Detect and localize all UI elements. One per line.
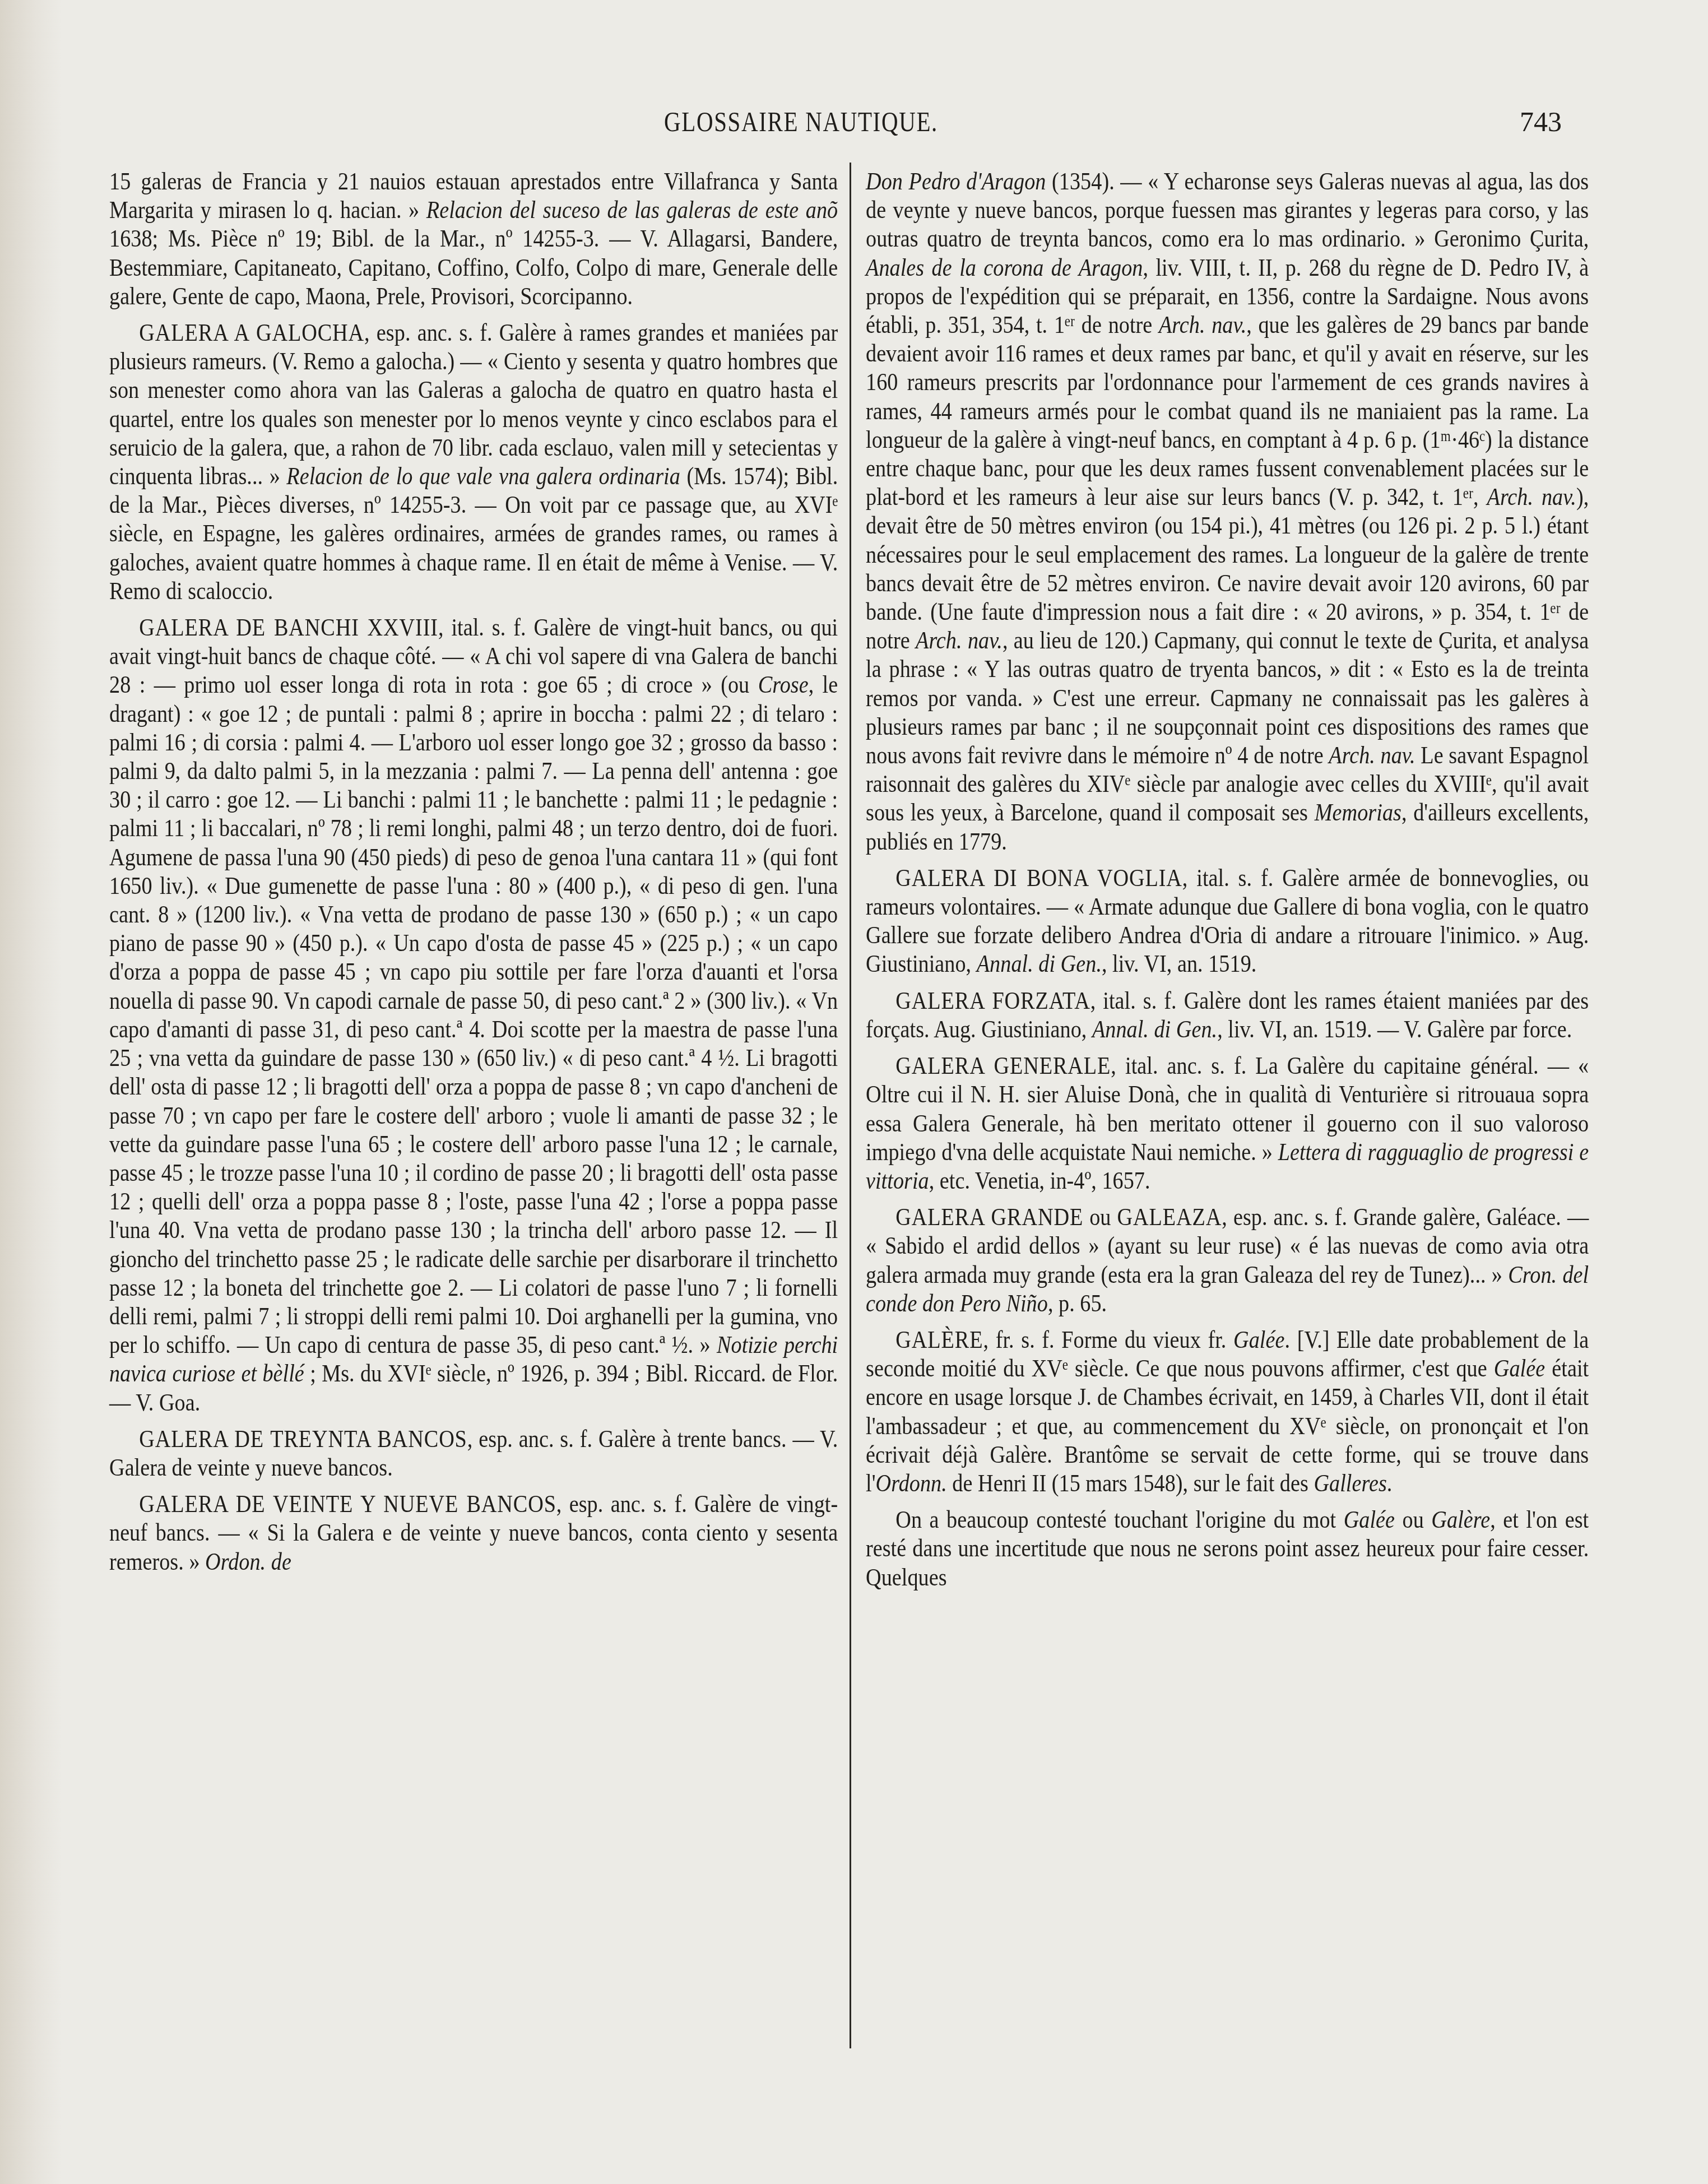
entry-headword: GALERA DE BANCHI XXVIII (139, 613, 438, 641)
glossary-paragraph: On a beaucoup contesté touchant l'origin… (866, 1505, 1589, 1592)
citation-term: Galleres (1314, 1469, 1386, 1497)
entry-headword: GALERA DI BONA VOGLIA (895, 864, 1182, 892)
glossary-paragraph: 15 galeras de Francia y 21 nauios estaua… (109, 167, 838, 310)
citation-title: Relacion del suceso de las galeras de es… (426, 196, 838, 224)
entry-grammar: , esp. anc. s. f. (467, 1425, 592, 1453)
citation-title: Anales de la corona de Aragon (866, 253, 1143, 281)
citation-title: Arch. nav. (916, 626, 1002, 654)
citation-term: Galée (1494, 1354, 1545, 1382)
entry-headword: GALERA DE VEINTE Y NUEVE BANCOS (139, 1490, 556, 1518)
glossary-entry: GALERA DE BANCHI XXVIII, ital. s. f. Gal… (109, 613, 838, 1417)
glossary-entry: GALERA A GALOCHA, esp. anc. s. f. Galère… (109, 318, 838, 605)
glossary-entry: GALERA GRANDE ou GALEAZA, esp. anc. s. f… (866, 1203, 1589, 1318)
citation-title: Annal. di Gen. (977, 949, 1102, 977)
entry-headword: GALÈRE (895, 1325, 983, 1353)
citation-title: Ordon. de (205, 1547, 291, 1575)
citation-term: Crose (758, 670, 809, 698)
right-column: Don Pedro d'Aragon (1354). — « Y echaron… (866, 167, 1589, 1599)
glossary-paragraph: Don Pedro d'Aragon (1354). — « Y echaron… (866, 167, 1589, 856)
glossary-entry: GALERA GENERALE, ital. anc. s. f. La Gal… (866, 1051, 1589, 1195)
entry-headword: GALERA GRANDE (895, 1203, 1083, 1231)
citation-title: Arch. nav. (1329, 741, 1415, 769)
entry-grammar: , ital. s. f. (1090, 986, 1177, 1014)
page-gutter-shadow (0, 0, 62, 2184)
entry-grammar: , ital. anc. s. f. (1111, 1051, 1246, 1079)
entry-grammar: , fr. s. f. (983, 1325, 1054, 1353)
left-column: 15 galeras de Francia y 21 nauios estaua… (109, 167, 838, 1584)
citation-title: Memorias (1315, 798, 1401, 826)
page-number: 743 (1520, 105, 1562, 138)
entry-headword: GALERA FORZATA (895, 986, 1090, 1014)
citation-title: Annal. di Gen. (1092, 1015, 1217, 1043)
glossary-entry: GALERA FORZATA, ital. s. f. Galère dont … (866, 986, 1589, 1044)
citation-title: Don Pedro d'Aragon (866, 167, 1046, 195)
entry-headword: GALERA A GALOCHA (139, 318, 364, 346)
citation-title: Relacion de lo que vale vna galera ordin… (286, 462, 680, 490)
entry-grammar: , ital. s. f. (1182, 864, 1273, 892)
glossary-entry: GALERA DI BONA VOGLIA, ital. s. f. Galèr… (866, 864, 1589, 979)
glossary-entry: GALERA DE TREYNTA BANCOS, esp. anc. s. f… (109, 1425, 838, 1482)
citation-term: Galée (1233, 1325, 1284, 1353)
citation-title: Ordonn. (876, 1469, 947, 1497)
entry-grammar: , esp. anc. s. f. (556, 1490, 687, 1518)
entry-grammar: , esp. anc. s. f. (364, 318, 492, 346)
citation-title: Arch. nav. (1159, 310, 1246, 339)
citation-term: Galère (1431, 1505, 1490, 1533)
citation-title: Arch. nav. (1487, 483, 1576, 511)
column-divider (850, 163, 851, 2048)
entry-headword: GALERA DE TREYNTA BANCOS (139, 1425, 467, 1453)
running-head: GLOSSAIRE NAUTIQUE. 743 (0, 105, 1708, 145)
glossary-entry: GALERA DE VEINTE Y NUEVE BANCOS, esp. an… (109, 1490, 838, 1576)
entry-grammar: , esp. anc. s. f. (1222, 1203, 1347, 1231)
entry-grammar: , ital. s. f. (438, 613, 526, 641)
entry-headword-alt: GALEAZA (1117, 1203, 1222, 1231)
glossary-entry: GALÈRE, fr. s. f. Forme du vieux fr. Gal… (866, 1325, 1589, 1497)
citation-term: Galée (1344, 1505, 1395, 1533)
running-title: GLOSSAIRE NAUTIQUE. (664, 105, 938, 138)
entry-headword: GALERA GENERALE (895, 1051, 1111, 1079)
